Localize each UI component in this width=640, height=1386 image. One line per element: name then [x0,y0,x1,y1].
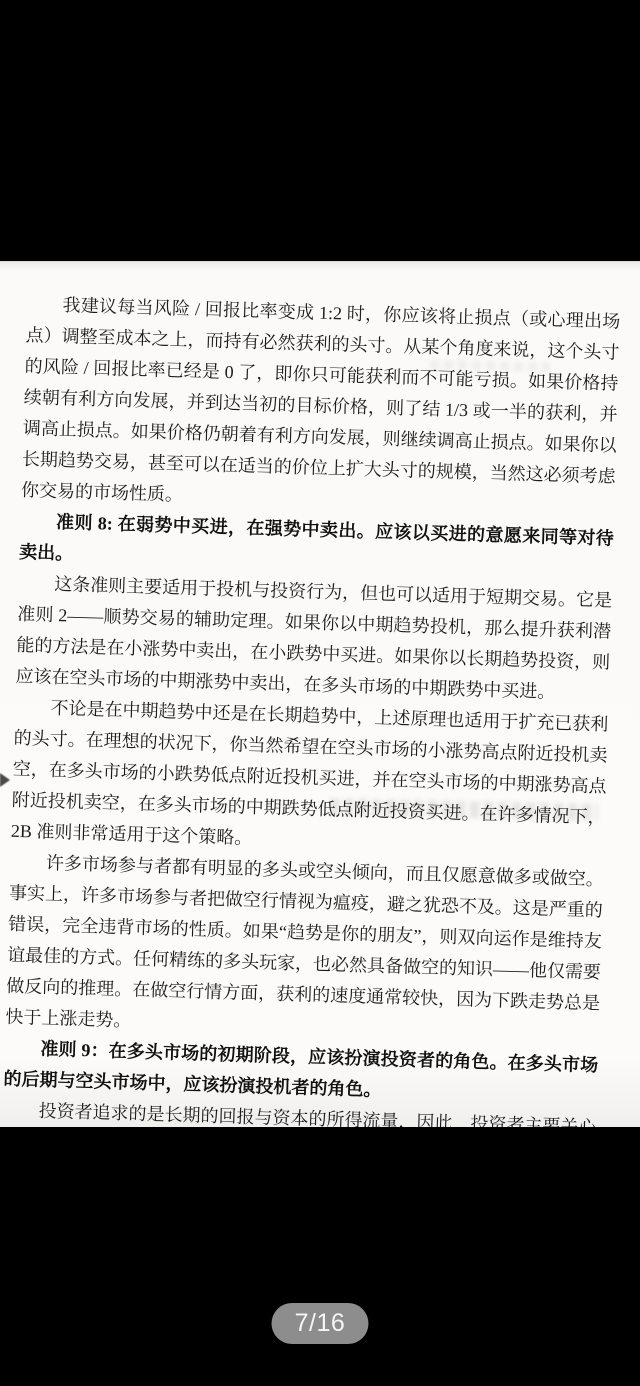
page-indicator-label: 7/16 [295,1309,346,1338]
page-indicator: 7/16 [272,1303,369,1344]
paragraph: 许多市场参与者都有明显的多头或空头倾向，而且仅愿意做多或做空。事实上，许多市场参… [5,847,604,1051]
scan-edge-artifact [0,773,10,787]
paragraph: 这条准则主要适用于投机与投资行为，但也可以适用于短期交易。它是准则 2——顺势交… [15,568,612,710]
book-page-surface[interactable]: 我建议每当风险 / 回报比率变成 1:2 时，你应该将止损点（或心理出场点）调整… [0,261,640,1127]
paragraph: 不论是在中期趋势中还是在长期趋势中，上述原理也适用于扩充已获利的头寸。在理想的状… [10,692,608,865]
paragraph: 我建议每当风险 / 回报比率变成 1:2 时，你应该将止损点（或心理出场点）调整… [21,289,621,524]
text-block: 我建议每当风险 / 回报比率变成 1:2 时，你应该将止损点（或心理出场点）调整… [2,289,621,1127]
